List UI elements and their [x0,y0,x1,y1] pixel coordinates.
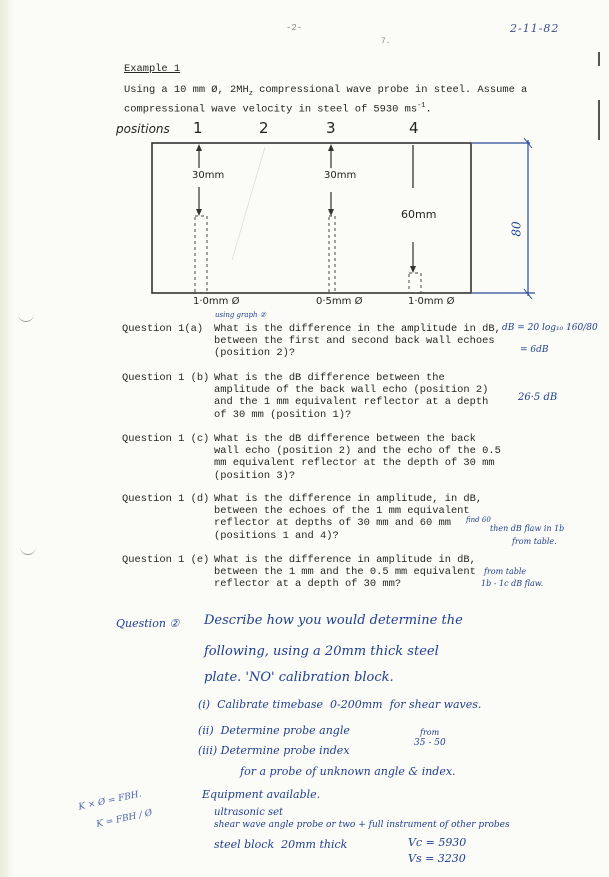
question-1b-text: What is the dB difference between the am… [214,372,504,421]
question-2-line-3: plate. 'NO' calibration block. [204,670,394,685]
side-formula-line-1: K × Ø = FBH. [78,789,143,812]
depth-label-position-3: 30mm [324,170,356,181]
graph-note: using graph ② [215,311,266,319]
position-3-label: 3 [326,119,336,137]
reflector-label-3: 1·0mm Ø [408,296,454,307]
punch-hole-bottom [20,544,36,555]
question-1a-text: What is the difference in the amplitude … [214,323,504,360]
question-1a-note-line-1: dB = 20 log₁₀ 160/80 [502,323,598,334]
question-1b-note-line-1: 26·5 dB [518,392,557,403]
side-formula-line-2: K = FBH / Ø [96,808,154,830]
depth-label-position-1: 30mm [192,170,224,181]
question-1e-note-line-2: 1b - 1c dB flaw. [481,578,543,589]
question-1a-label: Question 1(a) [122,323,203,335]
question-1c-label: Question 1 (c) [122,433,209,445]
range-note-line-2: 35 - 50 [414,738,446,748]
velocity-compressional: Vc = 5930 [408,836,466,849]
question-1e-label: Question 1 (e) [122,554,209,566]
question-1e-note-line-1: from table [484,566,526,577]
question-1b-label: Question 1 (b) [122,372,209,384]
question-1d-note-line-3: from table. [512,536,557,547]
depth-label-position-4: 60mm [401,208,436,221]
task-item-3-detail: for a probe of unknown angle & index. [240,765,456,778]
question-1d-note-line-2: then dB flaw in 1b [490,523,564,534]
question-1d-text: What is the difference in amplitude, in … [214,493,504,542]
test-block-diagram [0,0,609,330]
question-2-label: Question ② [116,617,179,630]
equipment-line-2: shear wave angle probe or two + full ins… [214,820,510,830]
thickness-label: 80 [510,221,524,236]
reflector-label-1: 1·0mm Ø [193,296,239,307]
question-1d-note-line-1: find 60 [466,515,491,526]
position-4-label: 4 [409,119,419,137]
position-1-label: 1 [193,119,203,137]
position-2-label: 2 [259,119,269,137]
reflector-label-2: 0·5mm Ø [316,296,362,307]
task-item-2: (ii) Determine probe angle [198,724,350,737]
question-1c-text: What is the dB difference between the ba… [214,433,504,482]
question-2-line-1: Describe how you would determine the [204,613,463,628]
task-item-1: (i) Calibrate timebase 0-200mm for shear… [198,698,481,711]
equipment-title: Equipment available. [202,788,320,801]
question-1d-label: Question 1 (d) [122,493,209,505]
positions-label: positions [116,122,170,136]
range-note-line-1: from [420,728,439,737]
equipment-line-1: ultrasonic set [214,807,283,818]
equipment-line-3: steel block 20mm thick [214,838,347,851]
question-1e-text: What is the difference in amplitude in d… [214,554,504,591]
question-1a-note-line-2: = 6dB [520,345,549,356]
velocity-shear: Vs = 3230 [408,852,466,865]
task-item-3: (iii) Determine probe index [198,744,350,757]
question-2-line-2: following, using a 20mm thick steel [204,644,439,659]
